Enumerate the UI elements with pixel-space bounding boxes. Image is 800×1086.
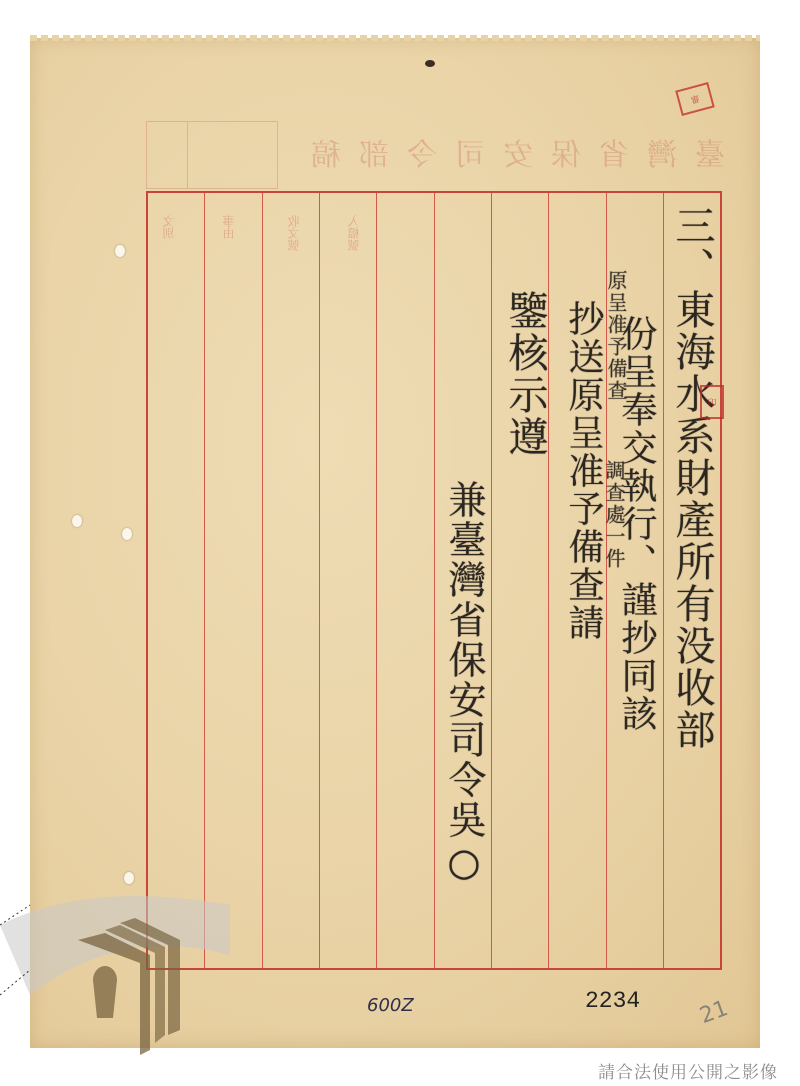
annotation-note-2: 調查處一件 bbox=[604, 460, 624, 570]
serial-number: 2234 bbox=[585, 988, 640, 1014]
punch-hole bbox=[122, 528, 132, 540]
header-label-2: 收文號 bbox=[285, 215, 302, 251]
book-keyhole-archive-logo-icon bbox=[0, 885, 260, 1065]
punch-hole bbox=[115, 245, 125, 257]
annotation-note: 原呈准予備查 bbox=[606, 270, 626, 402]
handwritten-line-4: 鑒核示遵 bbox=[505, 290, 545, 458]
handwritten-line-1: 三、東海水系財產所有没收部 bbox=[672, 205, 712, 751]
usage-watermark: 請合法使用公開之影像 bbox=[598, 1058, 778, 1083]
ink-blot bbox=[425, 60, 435, 67]
form-header-mirrored: 臺灣省保安司令部稿 bbox=[295, 130, 725, 174]
punch-hole bbox=[72, 515, 82, 527]
punch-hole bbox=[124, 872, 134, 884]
header-label-0: 文別 bbox=[160, 215, 177, 239]
seal-stamp-2: 印 bbox=[700, 385, 724, 419]
handwritten-number: 600Z bbox=[367, 995, 414, 1016]
header-label-1: 事由 bbox=[220, 215, 237, 239]
handwritten-line-5: 兼臺灣省保安司令吳○ bbox=[445, 480, 483, 886]
handwritten-line-3: 抄送原呈准予備查請 bbox=[565, 300, 601, 642]
header-label-3: 入檔號 bbox=[345, 215, 362, 251]
top-box bbox=[146, 121, 278, 189]
